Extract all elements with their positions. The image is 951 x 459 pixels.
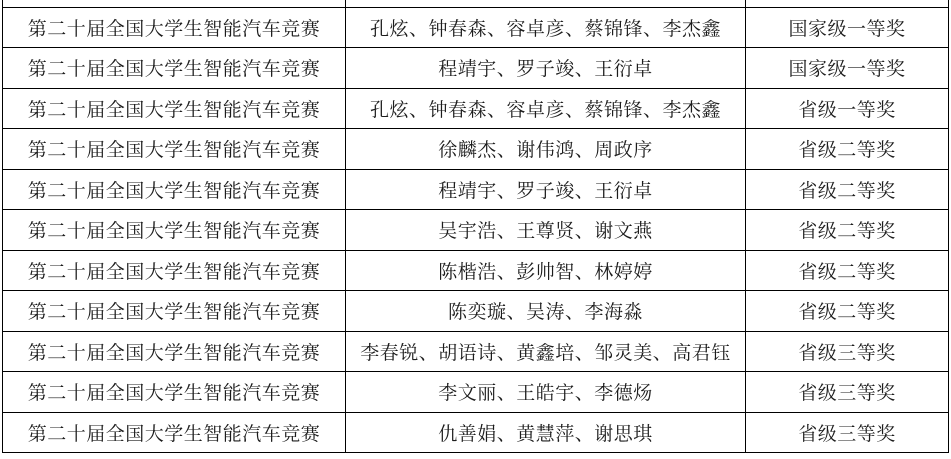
cell-members: 陈奕璇、吴涛、李海淼 xyxy=(346,291,746,332)
cell-award: 省级一等奖 xyxy=(746,88,949,129)
cell-members: 李春锐、胡语诗、黄鑫培、邹灵美、高君钰 xyxy=(346,331,746,372)
cell-competition: 第二十届全国大学生智能汽车竞赛 xyxy=(3,291,346,332)
cell-members: 程靖宇、罗子竣、王衍卓 xyxy=(346,169,746,210)
cutoff-row xyxy=(3,0,949,7)
cell-competition: 第二十届全国大学生智能汽车竞赛 xyxy=(3,250,346,291)
table-row: 第二十届全国大学生智能汽车竞赛 孔炫、钟春森、容卓彦、蔡锦锋、李杰鑫 省级一等奖 xyxy=(3,88,949,129)
cell-award: 省级二等奖 xyxy=(746,291,949,332)
cell-award: 省级三等奖 xyxy=(746,372,949,413)
table-row: 第二十届全国大学生智能汽车竞赛 李春锐、胡语诗、黄鑫培、邹灵美、高君钰 省级三等… xyxy=(3,331,949,372)
document-page: 第二十届全国大学生智能汽车竞赛 孔炫、钟春森、容卓彦、蔡锦锋、李杰鑫 国家级一等… xyxy=(0,0,951,459)
cell-members: 徐麟杰、谢伟鸿、周政序 xyxy=(346,129,746,170)
cell-award: 省级二等奖 xyxy=(746,129,949,170)
cell-competition: 第二十届全国大学生智能汽车竞赛 xyxy=(3,372,346,413)
cell-competition: 第二十届全国大学生智能汽车竞赛 xyxy=(3,169,346,210)
cell-competition: 第二十届全国大学生智能汽车竞赛 xyxy=(3,129,346,170)
table-row: 第二十届全国大学生智能汽车竞赛 徐麟杰、谢伟鸿、周政序 省级二等奖 xyxy=(3,129,949,170)
cell-members: 程靖宇、罗子竣、王衍卓 xyxy=(346,48,746,89)
cell-competition: 第二十届全国大学生智能汽车竞赛 xyxy=(3,412,346,453)
cell-award: 省级二等奖 xyxy=(746,169,949,210)
cutoff-cell xyxy=(3,0,346,7)
cell-award: 省级三等奖 xyxy=(746,412,949,453)
table-row: 第二十届全国大学生智能汽车竞赛 仇善娟、黄慧萍、谢思琪 省级三等奖 xyxy=(3,412,949,453)
cell-competition: 第二十届全国大学生智能汽车竞赛 xyxy=(3,210,346,251)
table-row: 第二十届全国大学生智能汽车竞赛 吴宇浩、王尊贤、谢文燕 省级二等奖 xyxy=(3,210,949,251)
cell-award: 省级二等奖 xyxy=(746,210,949,251)
cell-members: 孔炫、钟春森、容卓彦、蔡锦锋、李杰鑫 xyxy=(346,88,746,129)
cell-members: 吴宇浩、王尊贤、谢文燕 xyxy=(346,210,746,251)
cell-members: 陈楷浩、彭帅智、林婷婷 xyxy=(346,250,746,291)
cell-competition: 第二十届全国大学生智能汽车竞赛 xyxy=(3,7,346,48)
cell-award: 省级二等奖 xyxy=(746,250,949,291)
cell-award: 国家级一等奖 xyxy=(746,48,949,89)
table-row: 第二十届全国大学生智能汽车竞赛 程靖宇、罗子竣、王衍卓 国家级一等奖 xyxy=(3,48,949,89)
cell-members: 李文丽、王皓宇、李德炀 xyxy=(346,372,746,413)
table-row: 第二十届全国大学生智能汽车竞赛 李文丽、王皓宇、李德炀 省级三等奖 xyxy=(3,372,949,413)
cell-competition: 第二十届全国大学生智能汽车竞赛 xyxy=(3,88,346,129)
cell-members: 仇善娟、黄慧萍、谢思琪 xyxy=(346,412,746,453)
table-row: 第二十届全国大学生智能汽车竞赛 陈奕璇、吴涛、李海淼 省级二等奖 xyxy=(3,291,949,332)
cell-members: 孔炫、钟春森、容卓彦、蔡锦锋、李杰鑫 xyxy=(346,7,746,48)
awards-table: 第二十届全国大学生智能汽车竞赛 孔炫、钟春森、容卓彦、蔡锦锋、李杰鑫 国家级一等… xyxy=(2,0,949,453)
table-row: 第二十届全国大学生智能汽车竞赛 孔炫、钟春森、容卓彦、蔡锦锋、李杰鑫 国家级一等… xyxy=(3,7,949,48)
cutoff-cell xyxy=(746,0,949,7)
table-row: 第二十届全国大学生智能汽车竞赛 陈楷浩、彭帅智、林婷婷 省级二等奖 xyxy=(3,250,949,291)
cutoff-cell xyxy=(346,0,746,7)
cell-award: 省级三等奖 xyxy=(746,331,949,372)
cell-competition: 第二十届全国大学生智能汽车竞赛 xyxy=(3,48,346,89)
cell-award: 国家级一等奖 xyxy=(746,7,949,48)
table-row: 第二十届全国大学生智能汽车竞赛 程靖宇、罗子竣、王衍卓 省级二等奖 xyxy=(3,169,949,210)
cell-competition: 第二十届全国大学生智能汽车竞赛 xyxy=(3,331,346,372)
